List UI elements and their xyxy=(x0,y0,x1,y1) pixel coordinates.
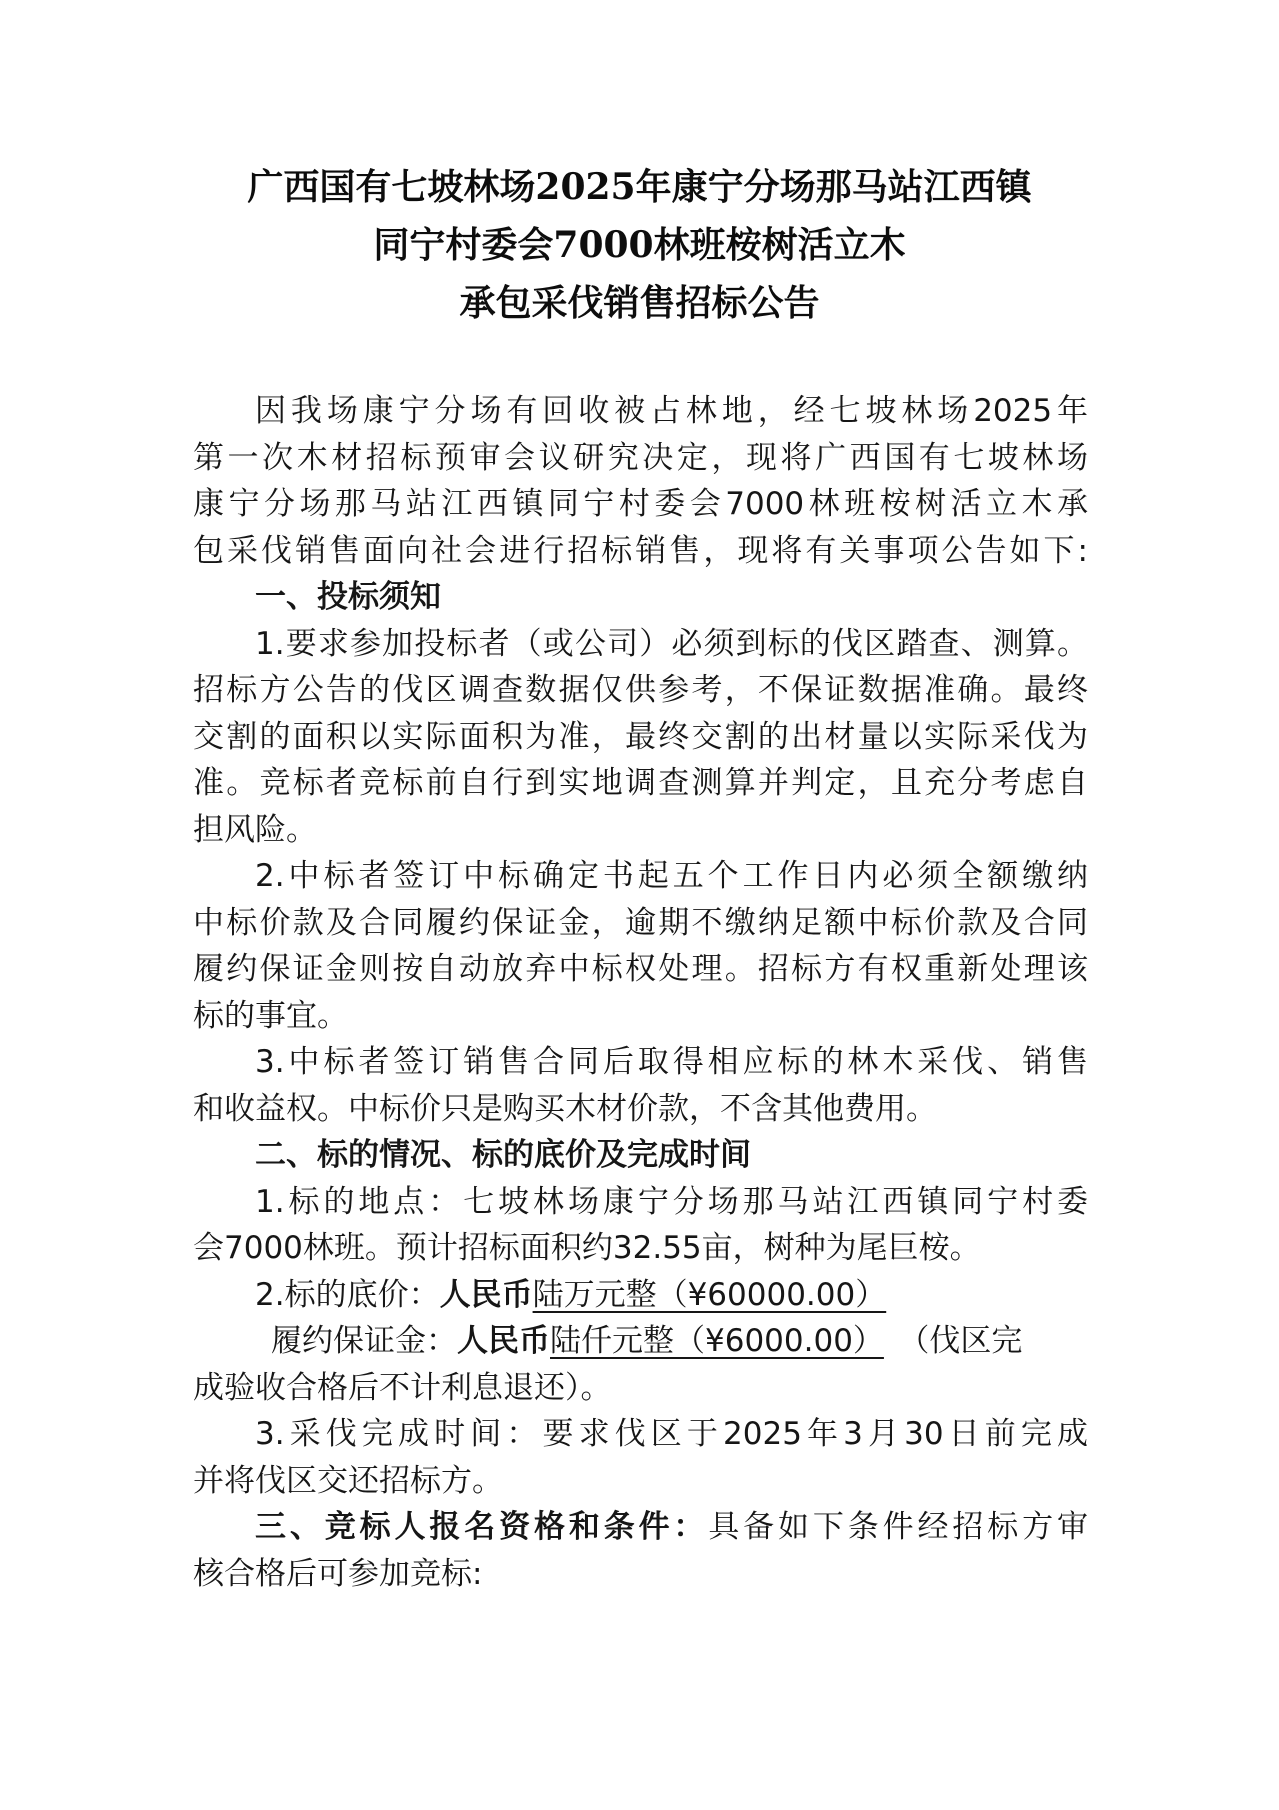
document-page: 广西国有七坡林场2025年康宁分场那马站江西镇 同宁村委会7000林班桉树活立木… xyxy=(0,0,1279,1810)
s1-item1-line-1: 1.要求参加投标者（或公司）必须到标的伐区踏查、测算。 xyxy=(193,621,1088,668)
s2-item3-line-1: 3.采伐完成时间：要求伐区于2025年3月30日前完成 xyxy=(193,1411,1088,1458)
section-bidding-notice: 一、投标须知 1.要求参加投标者（或公司）必须到标的伐区踏查、测算。 招标方公告… xyxy=(193,574,1088,1132)
s3-line-2: 核合格后可参加竞标: xyxy=(193,1551,1088,1598)
s1-item2-line-4: 标的事宜。 xyxy=(193,993,1088,1040)
s1-item2-line-2: 中标价款及合同履约保证金，逾期不缴纳足额中标价款及合同 xyxy=(193,900,1088,947)
document-title: 广西国有七坡林场2025年康宁分场那马站江西镇 同宁村委会7000林班桉树活立木… xyxy=(0,158,1279,332)
title-line-3: 承包采伐销售招标公告 xyxy=(0,274,1279,332)
s2-deposit-note-line-2: 成验收合格后不计利息退还）。 xyxy=(193,1365,1088,1412)
s2-deposit-line: 履约保证金：人民币陆仟元整（¥6000.00）（伐区完 xyxy=(193,1318,1088,1365)
s1-item3-line-2: 和收益权。中标价只是购买木材价款，不含其他费用。 xyxy=(193,1086,1088,1133)
s2-reserve-price-line: 2.标的底价：人民币陆万元整（¥60000.00） xyxy=(193,1272,1088,1319)
s1-item1-line-4: 准。竞标者竞标前自行到实地调查测算并判定，且充分考虑自 xyxy=(193,760,1088,807)
intro-line-4: 包采伐销售面向社会进行招标销售，现将有关事项公告如下: xyxy=(193,528,1088,575)
s3-line-1: 三、竞标人报名资格和条件：具备如下条件经招标方审 xyxy=(193,1504,1088,1551)
reserve-price-currency: 人民币 xyxy=(440,1277,533,1313)
s1-item1-line-2: 招标方公告的伐区调查数据仅供参考，不保证数据准确。最终 xyxy=(193,667,1088,714)
title-line-1: 广西国有七坡林场2025年康宁分场那马站江西镇 xyxy=(0,158,1279,216)
section-lot-details: 二、标的情况、标的底价及完成时间 1.标的地点：七坡林场康宁分场那马站江西镇同宁… xyxy=(193,1132,1088,1504)
s2-item3-line-2: 并将伐区交还招标方。 xyxy=(193,1458,1088,1505)
intro-line-2: 第一次木材招标预审会议研究决定，现将广西国有七坡林场 xyxy=(193,435,1088,482)
title-line-2: 同宁村委会7000林班桉树活立木 xyxy=(0,216,1279,274)
reserve-price-label: 2.标的底价： xyxy=(255,1277,440,1313)
section-3-heading: 三、竞标人报名资格和条件： xyxy=(255,1509,708,1545)
section-bidder-qualifications: 三、竞标人报名资格和条件：具备如下条件经招标方审 核合格后可参加竞标: xyxy=(193,1504,1088,1597)
s1-item1-line-5: 担风险。 xyxy=(193,807,1088,854)
document-body: 因我场康宁分场有回收被占林地，经七坡林场2025年 第一次木材招标预审会议研究决… xyxy=(193,388,1088,1597)
s2-item1-line-1: 1.标的地点：七坡林场康宁分场那马站江西镇同宁村委 xyxy=(193,1179,1088,1226)
s1-item2-line-3: 履约保证金则按自动放弃中标权处理。招标方有权重新处理该 xyxy=(193,946,1088,993)
section-2-heading: 二、标的情况、标的底价及完成时间 xyxy=(193,1132,1088,1179)
s1-item2-line-1: 2.中标者签订中标确定书起五个工作日内必须全额缴纳 xyxy=(193,853,1088,900)
intro-paragraph: 因我场康宁分场有回收被占林地，经七坡林场2025年 第一次木材招标预审会议研究决… xyxy=(193,388,1088,574)
intro-line-3: 康宁分场那马站江西镇同宁村委会7000林班桉树活立木承 xyxy=(193,481,1088,528)
deposit-label: 履约保证金： xyxy=(271,1323,457,1359)
reserve-price-amount: 陆万元整（¥60000.00） xyxy=(533,1277,887,1313)
section-3-heading-rest: 具备如下条件经招标方审 xyxy=(708,1509,1088,1545)
deposit-note: （伐区完 xyxy=(914,1323,1023,1359)
s1-item3-line-1: 3.中标者签订销售合同后取得相应标的林木采伐、销售 xyxy=(193,1039,1088,1086)
deposit-currency: 人民币 xyxy=(457,1323,550,1359)
s1-item1-line-3: 交割的面积以实际面积为准，最终交割的出材量以实际采伐为 xyxy=(193,714,1088,761)
s2-item1-line-2: 会7000林班。预计招标面积约32.55亩，树种为尾巨桉。 xyxy=(193,1225,1088,1272)
section-1-heading: 一、投标须知 xyxy=(193,574,1088,621)
deposit-amount: 陆仟元整（¥6000.00） xyxy=(550,1323,884,1359)
intro-line-1: 因我场康宁分场有回收被占林地，经七坡林场2025年 xyxy=(193,388,1088,435)
